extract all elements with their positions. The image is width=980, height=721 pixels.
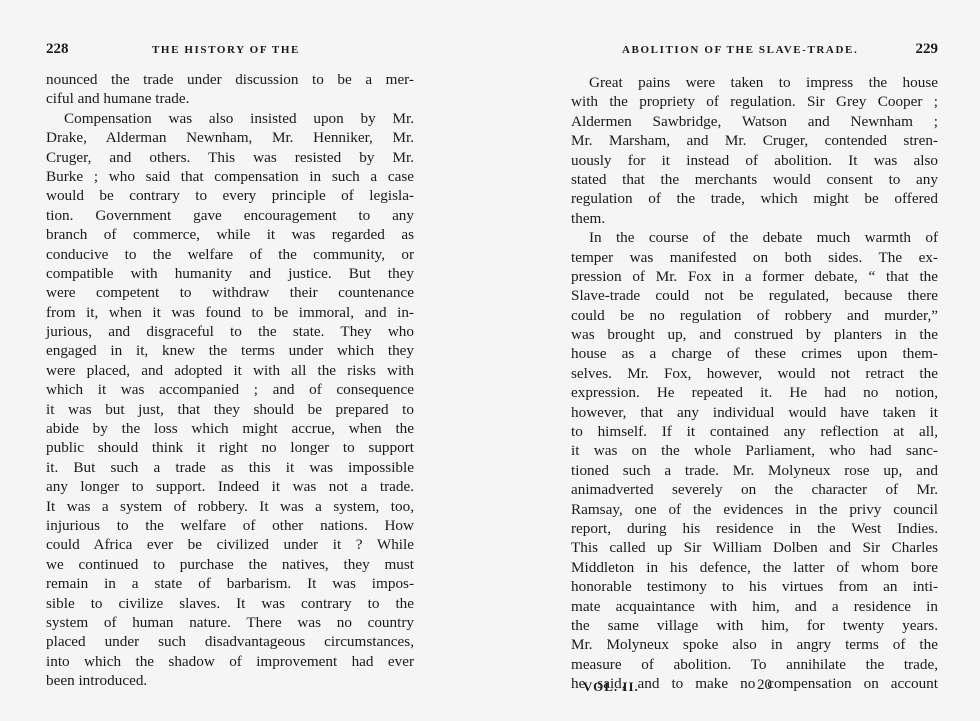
text-line: system of human nature. There was no cou… xyxy=(46,613,414,632)
text-line: into which the shadow of improvement had… xyxy=(46,652,414,671)
page-number-left: 228 xyxy=(46,41,69,58)
left-body-text: nounced the trade under discussion to be… xyxy=(46,70,414,691)
text-line: were competent to withdraw their counten… xyxy=(46,283,414,302)
text-line: Burke ; who said that compensation in su… xyxy=(46,167,414,186)
text-line: it. But such a trade as this it was impo… xyxy=(46,458,414,477)
text-line: regulation of the trade, which might be … xyxy=(571,189,938,208)
text-line: however, that any individual would have … xyxy=(571,403,938,422)
text-line: report, during his residence in the West… xyxy=(571,519,938,538)
text-line: house as a charge of these crimes upon t… xyxy=(571,344,938,363)
text-line: Ramsay, one of the evidences in the priv… xyxy=(571,500,938,519)
text-line: with the propriety of regulation. Sir Gr… xyxy=(571,92,938,111)
text-line: pression of Mr. Fox in a former debate, … xyxy=(571,267,938,286)
text-line: honorable testimony to his virtues from … xyxy=(571,577,938,596)
text-line: expression. He repeated it. He had no no… xyxy=(571,383,938,402)
text-line: tion. Government gave encouragement to a… xyxy=(46,206,414,225)
right-running-head: ABOLITION OF THE SLAVE-TRADE. 229 xyxy=(571,44,943,62)
text-line: This called up Sir William Dolben and Si… xyxy=(571,538,938,557)
text-line: tioned such a trade. Mr. Molyneux rose u… xyxy=(571,461,938,480)
text-line: were placed, and adopted it with all the… xyxy=(46,361,414,380)
text-line: them. xyxy=(571,209,938,228)
text-line: could be no regulation of robbery and mu… xyxy=(571,306,938,325)
text-line: it was but just, that they should be pre… xyxy=(46,400,414,419)
text-line: jurious, and disgraceful to the state. T… xyxy=(46,322,414,341)
text-line: In the course of the debate much warmth … xyxy=(571,228,938,247)
text-line: it was on the whole Parliament, who had … xyxy=(571,441,938,460)
text-line: Great pains were taken to impress the ho… xyxy=(571,73,938,92)
text-line: sible to civilize slaves. It was contrar… xyxy=(46,594,414,613)
text-line: any longer to support. Indeed it was not… xyxy=(46,477,414,496)
text-line: Middleton in his defence, the latter of … xyxy=(571,558,938,577)
text-line: animadverted severely on the character o… xyxy=(571,480,938,499)
volume-signature: VOL. II. xyxy=(583,679,639,695)
text-line: injurious to the welfare of other nation… xyxy=(46,516,414,535)
left-running-title: THE HISTORY OF THE xyxy=(152,44,300,56)
text-line: remain in a state of barbarism. It was i… xyxy=(46,574,414,593)
text-line: public should think it right no longer t… xyxy=(46,438,414,457)
right-body-text: Great pains were taken to impress the ho… xyxy=(571,73,938,694)
text-line: Compensation was also insisted upon by M… xyxy=(46,109,414,128)
text-line: would be contrary to every principle of … xyxy=(46,186,414,205)
text-line: selves. Mr. Fox, however, would not retr… xyxy=(571,364,938,383)
text-line: the same village with him, for twenty ye… xyxy=(571,616,938,635)
text-line: Aldermen Sawbridge, Watson and Newnham ; xyxy=(571,112,938,131)
text-line: to himself. If it contained any reflecti… xyxy=(571,422,938,441)
text-line: compatible with humanity and justice. Bu… xyxy=(46,264,414,283)
text-line: measure of abolition. To annihilate the … xyxy=(571,655,938,674)
text-line: abide by the loss which might accrue, wh… xyxy=(46,419,414,438)
text-line: stated that the merchants would consent … xyxy=(571,170,938,189)
text-line: Mr. Molyneux spoke also in angry terms o… xyxy=(571,635,938,654)
text-line: engaged in it, knew the terms under whic… xyxy=(46,341,414,360)
text-line: mate acquaintance with him, and a reside… xyxy=(571,597,938,616)
signature-mark: 20 xyxy=(757,677,772,694)
page-number-right: 229 xyxy=(916,41,939,58)
text-line: we continued to purchase the natives, th… xyxy=(46,555,414,574)
text-line: temper was manifested on both sides. The… xyxy=(571,248,938,267)
text-line: which it was accompanied ; and of conseq… xyxy=(46,380,414,399)
text-line: been introduced. xyxy=(46,671,414,690)
text-line: uously for it instead of abolition. It w… xyxy=(571,151,938,170)
text-line: Mr. Marsham, and Mr. Cruger, contended s… xyxy=(571,131,938,150)
text-line: conducive to the welfare of the communit… xyxy=(46,245,414,264)
text-line: Drake, Alderman Newnham, Mr. Henniker, M… xyxy=(46,128,414,147)
text-line: branch of commerce, while it was regarde… xyxy=(46,225,414,244)
right-running-title: ABOLITION OF THE SLAVE-TRADE. xyxy=(622,44,858,56)
text-line: could Africa ever be civilized under it … xyxy=(46,535,414,554)
text-line: was brought up, and construed by planter… xyxy=(571,325,938,344)
text-line: ciful and humane trade. xyxy=(46,89,414,108)
left-running-head: 228 THE HISTORY OF THE xyxy=(46,44,432,62)
text-line: It was a system of robbery. It was a sys… xyxy=(46,497,414,516)
text-line: nounced the trade under discussion to be… xyxy=(46,70,414,89)
text-line: placed under such disadvantageous circum… xyxy=(46,632,414,651)
text-line: Cruger, and others. This was resisted by… xyxy=(46,148,414,167)
text-line: Slave-trade could not be regulated, beca… xyxy=(571,286,938,305)
text-line: from it, when it was found to be immoral… xyxy=(46,303,414,322)
